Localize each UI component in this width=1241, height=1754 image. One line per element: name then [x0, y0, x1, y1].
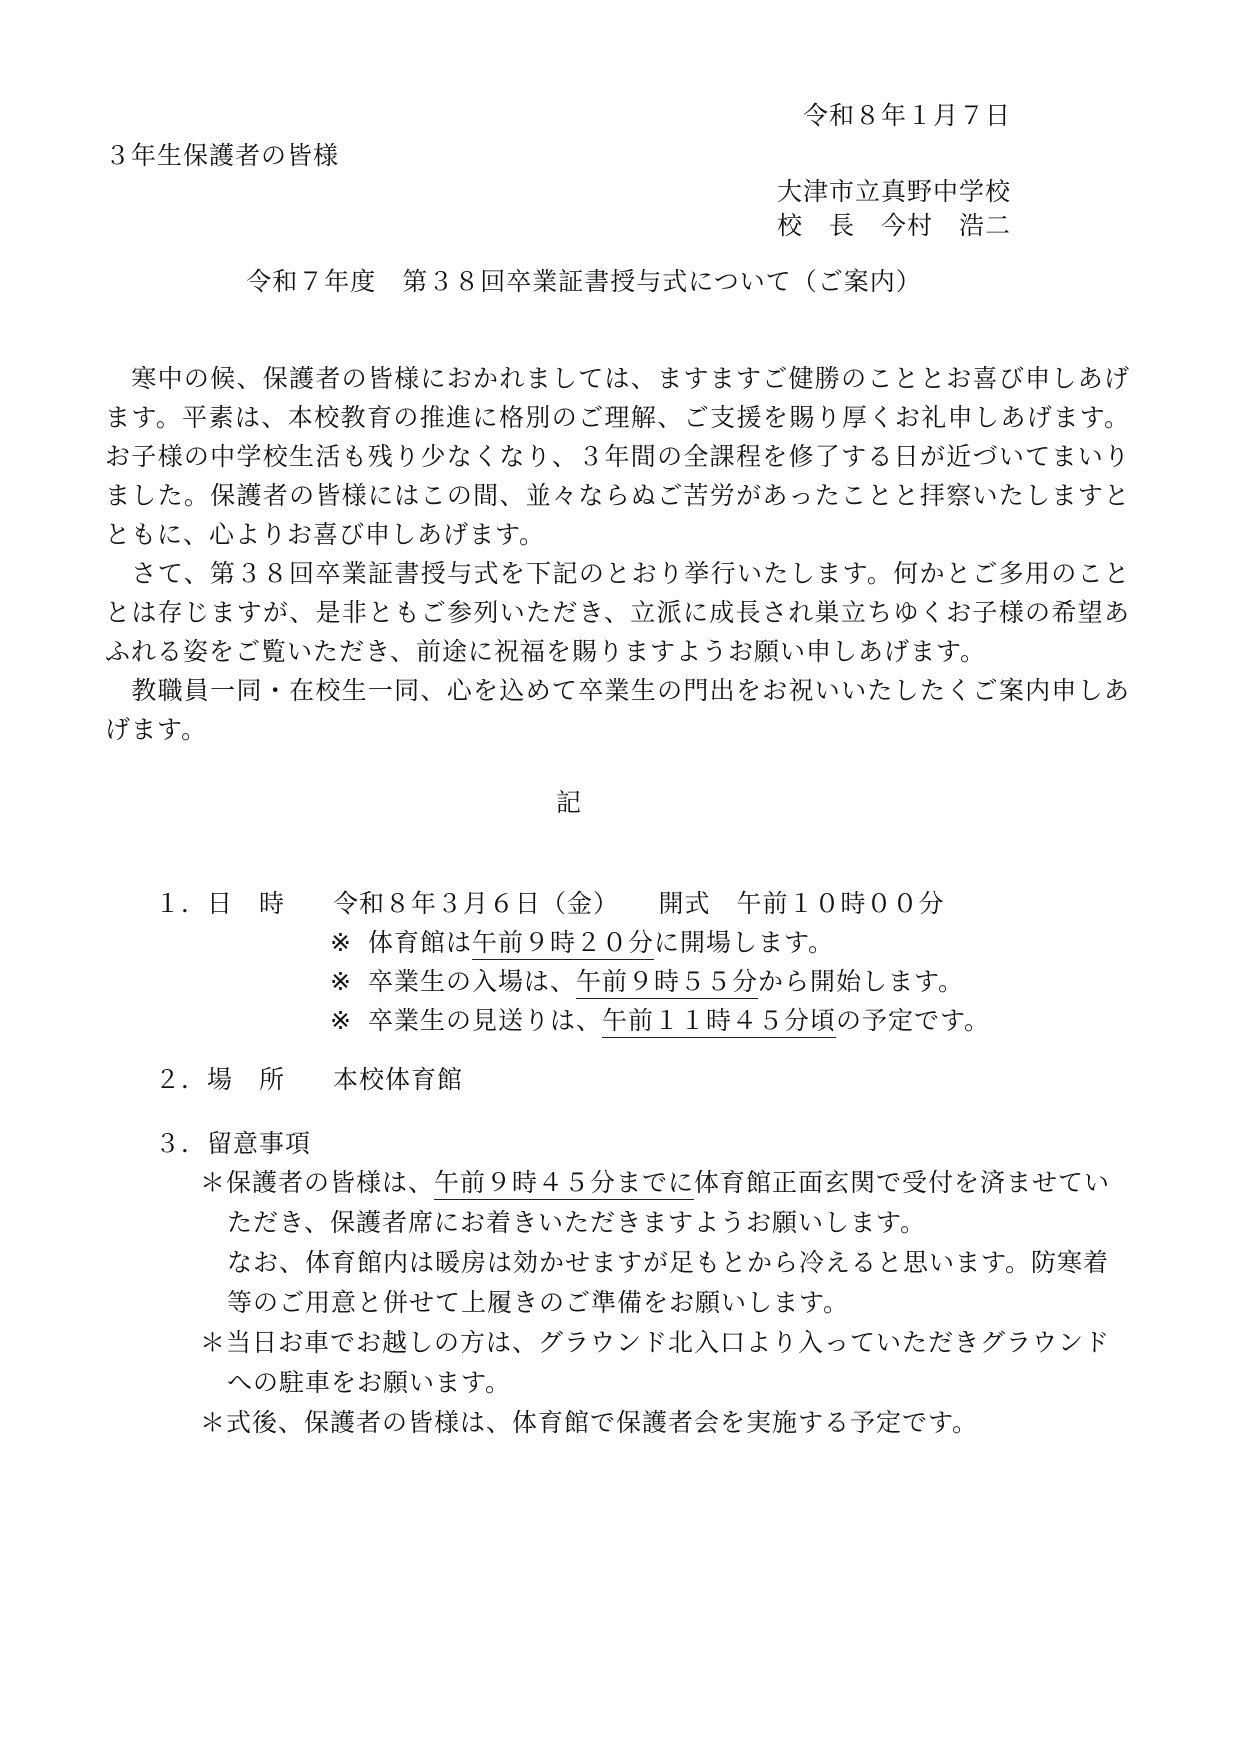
section-number: １． — [155, 891, 207, 918]
reference-mark: ※ — [330, 930, 352, 957]
note-underlined-time: 午前１１時４５分頃 — [602, 1008, 836, 1038]
remark-text: 体育館正面玄関で受付を済ませてい — [694, 1170, 1110, 1197]
detail-sections: １．日 時令和８年３月６日（金） 開式 午前１０時００分 ※体育館は午前９時２０… — [155, 885, 1133, 1444]
section-number: ３． — [155, 1131, 207, 1158]
note-text: に開場します。 — [654, 930, 834, 957]
remark-text: なお、体育館内は暖房は効かせますが足もとから冷えると思います。防寒着 — [227, 1250, 1109, 1277]
remarks-list: ＊保護者の皆様は、午前９時４５分までに体育館正面玄関で受付を済ませてい ただき、… — [155, 1164, 1133, 1444]
reference-mark: ※ — [330, 1008, 352, 1035]
sender-school: 大津市立真野中学校 — [105, 176, 1133, 210]
remark-reception: ＊保護者の皆様は、午前９時４５分までに体育館正面玄関で受付を済ませてい — [200, 1164, 1133, 1204]
note-sendoff: ※卒業生の見送りは、午前１１時４５分頃の予定です。 — [330, 1002, 1133, 1041]
remark-underlined-time: 午前９時４５分までに — [434, 1170, 694, 1200]
section-label: 日 時 — [207, 891, 285, 918]
place-value: 本校体育館 — [333, 1067, 463, 1094]
note-text: 体育館は — [368, 930, 472, 957]
note-text: の予定です。 — [836, 1008, 990, 1035]
remark-parking: ＊当日お車でお越しの方は、グラウンド北入口より入っていただきグラウンド — [200, 1324, 1133, 1364]
note-underlined-time: 午前９時５５分 — [576, 969, 758, 999]
section-datetime: １．日 時令和８年３月６日（金） 開式 午前１０時００分 — [155, 885, 1133, 924]
section-remarks: ３．留意事項 — [155, 1125, 1133, 1164]
ki-marker: 記 — [105, 784, 1133, 823]
body-paragraph-closing: 教職員一同・在校生一同、心を込めて卒業生の門出をお祝いいたしたくご案内申しあげま… — [105, 672, 1130, 750]
remark-text: ＊当日お車でお越しの方は、グラウンド北入口より入っていただきグラウンド — [200, 1330, 1110, 1357]
datetime-notes: ※体育館は午前９時２０分に開場します。 ※卒業生の入場は、午前９時５５分から開始… — [330, 924, 1133, 1041]
document-title: 令和７年度 第３８回卒業証書授与式について（ご案内） — [105, 266, 1133, 300]
sender-principal: 校 長 今村 浩二 — [105, 210, 1133, 244]
remark-text: ＊式後、保護者の皆様は、体育館で保護者会を実施する予定です。 — [200, 1410, 978, 1437]
remark-heating: なお、体育館内は暖房は効かせますが足もとから冷えると思います。防寒着 — [227, 1244, 1133, 1284]
recipient-line: ３年生保護者の皆様 — [105, 140, 1133, 174]
datetime-value: 令和８年３月６日（金） 開式 午前１０時００分 — [333, 891, 945, 918]
note-underlined-time: 午前９時２０分 — [472, 930, 654, 960]
remark-text: への駐車をお願います。 — [227, 1370, 511, 1397]
body-paragraph-announcement: さて、第３８回卒業証書授与式を下記のとおり挙行いたします。何かとご多用のこととは… — [105, 555, 1130, 672]
remark-reception-cont: ただき、保護者席にお着きいただきますようお願いします。 — [227, 1204, 1133, 1244]
remark-parents-meeting: ＊式後、保護者の皆様は、体育館で保護者会を実施する予定です。 — [200, 1404, 1133, 1444]
issue-date: 令和８年１月７日 — [105, 100, 1133, 134]
section-number: ２． — [155, 1067, 207, 1094]
document-page: 令和８年１月７日 ３年生保護者の皆様 大津市立真野中学校 校 長 今村 浩二 令… — [0, 0, 1241, 1754]
note-text: 卒業生の入場は、 — [368, 969, 576, 996]
remark-text: 等のご用意と併せて上履きのご準備をお願いします。 — [227, 1290, 849, 1317]
note-text: 卒業生の見送りは、 — [368, 1008, 602, 1035]
section-label: 場 所 — [207, 1067, 285, 1094]
remark-text: ＊保護者の皆様は、 — [200, 1170, 434, 1197]
body-paragraph-greeting: 寒中の候、保護者の皆様におかれましては、ますますご健勝のこととお喜び申しあげます… — [105, 360, 1130, 555]
letter-body: 寒中の候、保護者の皆様におかれましては、ますますご健勝のこととお喜び申しあげます… — [105, 360, 1130, 750]
remark-parking-cont: への駐車をお願います。 — [227, 1364, 1133, 1404]
remark-heating-cont: 等のご用意と併せて上履きのご準備をお願いします。 — [227, 1284, 1133, 1324]
section-label: 留意事項 — [207, 1131, 311, 1158]
remark-text: ただき、保護者席にお着きいただきますようお願いします。 — [227, 1210, 926, 1237]
reference-mark: ※ — [330, 969, 352, 996]
note-doors-open: ※体育館は午前９時２０分に開場します。 — [330, 924, 1133, 963]
note-text: から開始します。 — [758, 969, 964, 996]
section-place: ２．場 所本校体育館 — [155, 1061, 1133, 1100]
note-entrance: ※卒業生の入場は、午前９時５５分から開始します。 — [330, 963, 1133, 1002]
